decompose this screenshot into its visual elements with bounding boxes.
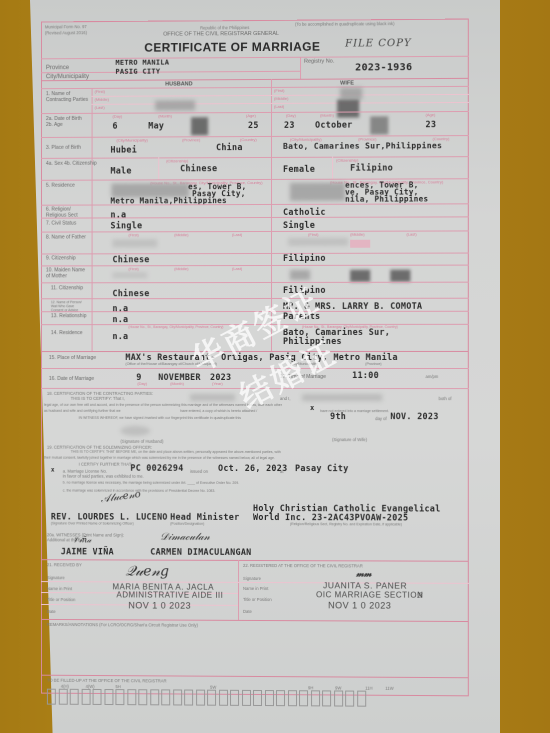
sub-city: (City/Municipality) xyxy=(116,138,147,143)
footer-code-box[interactable] xyxy=(150,689,159,705)
registered-name-stamp: JUANITA S. PANER xyxy=(323,580,407,590)
footer-label: TO BE FILLED-UP AT THE OFFICE OF THE CIV… xyxy=(47,678,167,684)
office-text: OFFICE OF THE CIVIL REGISTRAR GENERAL xyxy=(163,31,279,38)
province-label: Province xyxy=(46,65,69,72)
row-label-consent-residence: 14. Residence xyxy=(51,331,83,337)
officer-sub: (Signature Over Printed Name of Solemniz… xyxy=(51,521,134,525)
form-revised: (Revised August 2016) xyxy=(45,30,87,35)
sub-mother-middle: (Middle) xyxy=(174,266,188,271)
date-of-marriage-label: 16. Date of Marriage xyxy=(49,377,94,383)
received-date-stamp: NOV 1 0 2023 xyxy=(128,600,191,610)
no-settlement-mark: x xyxy=(310,404,315,412)
wife-dob-day: 23 xyxy=(284,120,295,130)
wife-relationship: Parents xyxy=(283,311,320,321)
redacted-wife-cert-name xyxy=(302,394,382,401)
redacted-wife-father xyxy=(288,238,348,246)
license-number: PC 0026294 xyxy=(130,463,183,473)
sub-first: (First) xyxy=(95,89,105,94)
time-of-marriage-label: 17. Time of Marriage xyxy=(280,375,326,381)
footer-code-box[interactable] xyxy=(184,690,193,706)
pink-redaction-mark xyxy=(350,240,370,248)
remarks-label: REMARKS/ANNOTATIONS (For LCRO/OCRG/Shari… xyxy=(47,622,198,628)
place-sub-province: (Province) xyxy=(365,362,381,366)
sub-last: (Last) xyxy=(95,105,105,110)
cert-parties-text1c: both of xyxy=(439,396,452,401)
sub-day: (Day) xyxy=(112,114,122,119)
time-of-marriage-value: 11:00 xyxy=(352,370,379,380)
husband-signature xyxy=(120,426,150,436)
husband-dob-month: May xyxy=(148,120,164,130)
wife-civil-status: Single xyxy=(283,220,315,230)
footer-code-box[interactable] xyxy=(288,690,297,706)
cert-parties-text3: as husband and wife and certifying furth… xyxy=(44,409,121,413)
received-label: 21. RECEIVED BY xyxy=(47,562,82,567)
wife-pob: Bato, Camarines Sur,Philippines xyxy=(283,141,442,151)
cert-parties-text1b: and I, xyxy=(280,396,290,401)
row-label-sex: 4a. Sex 4b. Citizenship xyxy=(46,162,97,168)
witness-2-signature: 𝒟𝒾𝓂𝒶𝒸𝓊𝓁𝒶𝓃 xyxy=(160,532,210,543)
registry-number: 2023-1936 xyxy=(355,62,412,73)
sub-father-last: (Last) xyxy=(232,232,242,237)
row-label-civil-status: 7. Civil Status xyxy=(46,222,76,228)
republic-text: Republic of the Philippines xyxy=(200,25,249,30)
footer-code-box[interactable] xyxy=(115,689,124,705)
province-value: METRO MANILA xyxy=(115,59,169,67)
sub-marriage-year: (Year) xyxy=(212,381,223,386)
wife-religion: Catholic xyxy=(283,207,326,217)
cert-day-of: day of xyxy=(375,416,386,421)
footer-code-label: 11W xyxy=(385,686,393,691)
footer-code-box[interactable] xyxy=(70,689,79,705)
row-label-mother: 10. Maiden Name of Mother xyxy=(46,268,90,280)
footer-code-box[interactable] xyxy=(161,689,170,705)
time-ampm: am/pm xyxy=(426,374,439,379)
husband-signature-caption: (Signature of Husband) xyxy=(120,439,163,444)
row-label-father: 8. Name of Father xyxy=(46,235,90,241)
redacted-husband-mother xyxy=(112,272,147,278)
license-line-a2: in favor of said parties, was exhibited … xyxy=(63,474,144,479)
received-name-label: Name in Print xyxy=(47,586,72,591)
redacted-husband-name xyxy=(155,100,195,110)
footer-code-box[interactable] xyxy=(173,689,182,705)
row-label-dob: 2a. Date of Birth 2b. Age xyxy=(46,117,90,129)
footer-code-label: 11H xyxy=(365,686,372,691)
issued-on-value: Oct. 26, 2023 xyxy=(218,463,287,473)
place-of-marriage-value: MAX's Restaurant- Ortigas, Pasig City, M… xyxy=(125,352,397,362)
cert-parties-text1: THIS IS TO CERTIFY: That I, xyxy=(71,396,125,401)
sub-age-wife: (Age) xyxy=(426,112,436,117)
husband-father-citizenship: Chinese xyxy=(112,254,149,264)
registered-date-stamp: NOV 1 0 2023 xyxy=(328,600,391,610)
footer-code-box[interactable] xyxy=(242,690,251,706)
husband-dob-day: 6 xyxy=(112,121,117,131)
wife-citizenship: Filipino xyxy=(350,162,393,172)
row-label-relationship: 13. Relationship xyxy=(51,314,87,320)
page-title: CERTIFICATE OF MARRIAGE xyxy=(144,40,320,55)
sub-father-first-wife: (First) xyxy=(308,232,318,237)
footer-code-box[interactable] xyxy=(219,690,228,706)
redacted-wife-residence xyxy=(290,183,345,201)
religion-sub: (Religion/Religious Sect, Registry No. a… xyxy=(290,522,420,526)
sub-mother-first: (First) xyxy=(128,266,138,271)
received-title-label: Title or Position xyxy=(47,597,75,602)
sub-marriage-day: (Day) xyxy=(137,381,147,386)
husband-sex: Male xyxy=(110,166,131,176)
redacted-husband-father xyxy=(112,239,157,247)
wife-age: 23 xyxy=(426,119,437,129)
instruction-text: (To be accomplished in quadruplicate usi… xyxy=(295,21,394,27)
wife-sex: Female xyxy=(283,164,315,174)
redacted-wife-first xyxy=(340,87,362,99)
footer-code-box[interactable] xyxy=(357,691,366,707)
footer-code-box[interactable] xyxy=(196,690,205,706)
file-copy-annotation: FILE COPY xyxy=(345,38,411,49)
sub-age: (Age) xyxy=(246,113,256,118)
redacted-wife-mother-middle xyxy=(350,270,370,282)
footer-code-box[interactable] xyxy=(299,690,308,706)
license-mark: x xyxy=(51,467,55,474)
officer-position: Head Minister xyxy=(170,512,239,522)
wife-father-citizenship: Filipino xyxy=(283,253,326,263)
place-sub-city: (City/Municipality) xyxy=(290,362,318,366)
place-sub-office: (Office of the/House of/Barangay of/Chur… xyxy=(125,362,216,366)
footer-code-box[interactable] xyxy=(276,690,285,706)
sub-month: (Month) xyxy=(158,113,172,118)
solemnizing-text2: their mutual consent, lawfully joined to… xyxy=(44,456,275,460)
sub-first-wife: (First) xyxy=(274,88,284,93)
footer-code-box[interactable] xyxy=(58,689,67,705)
sub-father-last-wife: (Last) xyxy=(406,232,416,237)
footer-code-box[interactable] xyxy=(138,689,147,705)
footer-code-box[interactable] xyxy=(311,690,320,706)
sub-father-first: (First) xyxy=(128,232,138,237)
husband-pob-country: China xyxy=(216,142,243,152)
footer-code-box[interactable] xyxy=(334,690,343,706)
sub-month-wife: (Month) xyxy=(320,113,334,118)
city-value: PASIG CITY xyxy=(115,68,160,76)
sub-consent-residence: (House No., St., Barangay, City/Municipa… xyxy=(128,325,223,329)
footer-code-box[interactable] xyxy=(93,689,102,705)
husband-civil-status: Single xyxy=(110,220,142,230)
footer-code-box[interactable] xyxy=(104,689,113,705)
cert-parties-text4: IN WITNESS WHEREOF, we have signed /mark… xyxy=(79,416,241,420)
footer-code-box[interactable] xyxy=(207,690,216,706)
issued-at-label: at xyxy=(280,469,284,474)
footer-code-box[interactable] xyxy=(230,690,239,706)
husband-age: 25 xyxy=(248,120,259,130)
cert-month-year: NOV. 2023 xyxy=(390,411,438,421)
registered-name-label: Name in Print xyxy=(243,586,268,591)
form-number: Municipal Form No. 97 xyxy=(45,24,87,29)
husband-consent-residence: n.a xyxy=(112,331,128,341)
footer-code-box[interactable] xyxy=(253,690,262,706)
redacted-wife-last xyxy=(337,99,359,117)
cert-parties-text2: legal age, of our own free will and acco… xyxy=(44,403,282,407)
sub-middle: (Middle) xyxy=(95,97,109,102)
footer-code-box[interactable] xyxy=(345,691,354,707)
sub-day-wife: (Day) xyxy=(286,113,296,118)
registry-label: Registry No. xyxy=(304,59,334,65)
officer-name: REV. LOURDES L. LUCENO xyxy=(51,511,168,521)
registered-title-label: Title or Position xyxy=(243,597,272,602)
registered-initial: ℬ xyxy=(416,592,422,600)
row-label-pob: 3. Place of Birth xyxy=(46,146,81,152)
sub-father-middle-wife: (Middle) xyxy=(350,232,365,237)
husband-relationship: n.a xyxy=(112,314,128,324)
sub-province: (Province) xyxy=(182,137,200,142)
sub-father-middle: (Middle) xyxy=(174,232,188,237)
religion-line-2: World Inc. 23-2AC43PVOAW-2025 xyxy=(253,512,408,522)
marriage-certificate-form: Municipal Form No. 97 (Revised August 20… xyxy=(41,19,481,717)
redacted-wife-mother-last xyxy=(390,270,410,282)
issued-at-value: Pasay City xyxy=(295,463,349,473)
solemnizing-text1: THIS IS TO CERTIFY: THAT BEFORE ME, on t… xyxy=(71,450,281,454)
husband-citizenship: Chinese xyxy=(180,163,217,173)
wife-mother-citizenship: Filipino xyxy=(283,285,326,295)
row-label-name: 1. Name of Contracting Parties xyxy=(46,92,90,104)
registered-signature: 𝓂𝓂 xyxy=(356,569,371,579)
solemnizing-text3: I CERTIFY FURTHER THAT: xyxy=(79,462,132,467)
redacted-wife-year xyxy=(370,116,388,134)
wife-dob-month: October xyxy=(315,120,353,130)
sub-marriage-month: (Month) xyxy=(170,381,184,386)
wife-residence-3: nila, Philippines xyxy=(345,194,428,203)
witness-1-signature: 𝒱𝒾ñ𝒶 xyxy=(73,535,92,545)
husband-mother-citizenship: Chinese xyxy=(112,288,149,298)
redacted-husband-cert-name xyxy=(190,394,235,401)
row-label-residence: 5. Residence xyxy=(46,184,75,190)
sub-last-wife: (Last) xyxy=(274,104,284,109)
row-label-mother-citizenship: 11. Citizenship xyxy=(51,286,83,292)
wife-signature-caption: (Signature of Wife) xyxy=(332,437,367,442)
registered-date-label: Date xyxy=(243,609,252,614)
wife-consent-residence: Bato, Camarines Sur, Philippines xyxy=(283,328,454,346)
footer-code-box[interactable] xyxy=(47,689,56,705)
footer-code-box[interactable] xyxy=(81,689,90,705)
witness-2-name: CARMEN DIMACULANGAN xyxy=(150,547,251,557)
wife-consent: MR. & MRS. LARRY B. COMOTA xyxy=(283,301,422,311)
redacted-husband-year xyxy=(191,117,208,135)
sub-mother-last: (Last) xyxy=(232,266,242,271)
registered-signature-label: Signature xyxy=(243,576,261,581)
registered-title-stamp: OIC MARRIAGE SECTION xyxy=(316,590,423,599)
witness-1-name: JAIME VIÑA xyxy=(61,546,114,556)
cert-day-value: 9th xyxy=(330,411,346,421)
received-date-label: Date xyxy=(47,609,56,614)
received-title-stamp: ADMINISTRATIVE AIDE III xyxy=(116,590,223,599)
footer-code-box[interactable] xyxy=(127,689,136,705)
place-of-marriage-label: 15. Place of Marriage xyxy=(49,356,96,362)
registered-label: 22. REGISTERED AT THE OFFICE OF THE CIVI… xyxy=(243,563,363,568)
cert-parties-text3b: have entered, a copy of which is hereto … xyxy=(180,409,257,413)
position-sub: (Position/Designation) xyxy=(170,522,204,526)
issued-on-label: issued on xyxy=(190,469,208,474)
footer-code-box[interactable] xyxy=(322,690,331,706)
husband-pob-city: Hubei xyxy=(110,145,137,155)
license-line-b: b. no marriage license was necessary, th… xyxy=(63,481,239,485)
redacted-wife-mother-first xyxy=(290,270,310,280)
received-signature-label: Signature xyxy=(47,575,65,580)
received-signature: 𝒬𝓊𝑒𝓃𝑔 xyxy=(125,563,169,579)
sub-middle-wife: (Middle) xyxy=(274,96,288,101)
row-label-father-citizenship: 9. Citizenship xyxy=(46,256,76,262)
footer-code-box[interactable] xyxy=(264,690,273,706)
